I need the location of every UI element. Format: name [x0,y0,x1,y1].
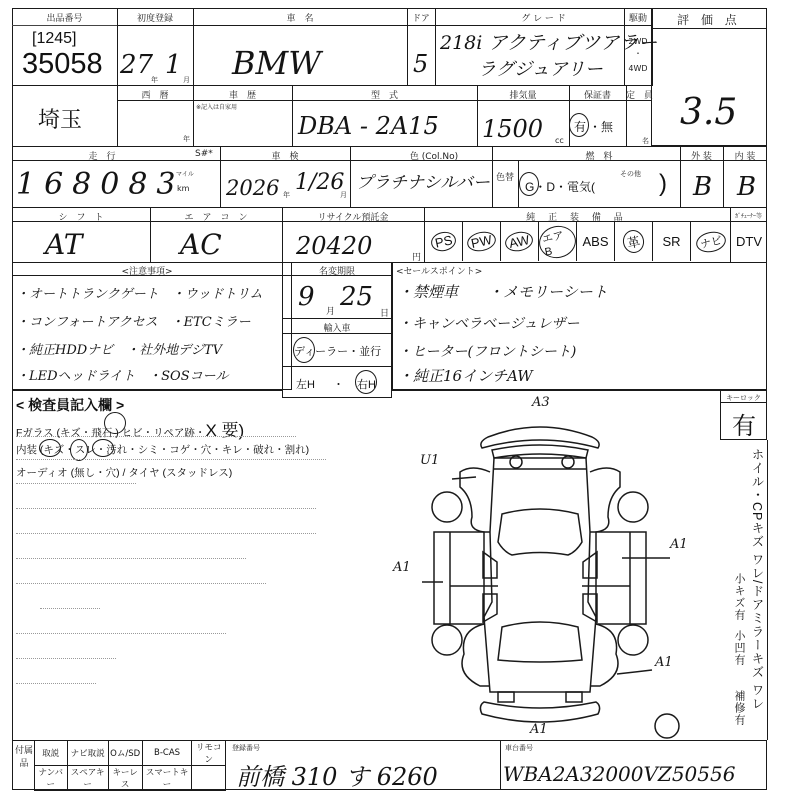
interior-dirt-circle [92,439,114,457]
ac-label: エ ア コ ン [150,210,282,223]
name-change-label: 名変期限 [282,264,392,277]
ac-value: AC [180,228,222,261]
equipment-sunroof: SR [652,222,690,261]
color-change-label: 色替 [496,170,514,186]
handle-right-circle [355,370,377,394]
car-name-label: 車 名 [193,11,407,24]
wheel-mirror-legend: ホイル・CPキズ ワレ/ドアミラーキズ ワレ [748,448,766,710]
legend-small-dent: 小凹有 [731,630,747,666]
inspection-date: 1/26 [295,170,344,195]
registration-number: 前橋 310 す 6260 [236,757,438,792]
acc-navi-manual: ナビ取説 [67,741,108,766]
notes-line-3: ・純正HDDナビ ・社外地デジTV [16,339,222,358]
model-code: DBA - 2A15 [298,112,439,140]
model-label: 型 式 [292,88,477,101]
acc-manual: 取説 [35,741,68,766]
tuner-label: ｶﾞﾁｭｰﾅｰ等 [730,211,767,220]
equipment-ps: PS [424,222,462,261]
accessories-table: 取説 ナビ取説 Oム/SD B-CAS リモコン ナンバー スペアキー キーレス… [34,740,226,791]
warranty-label: 保証書 [569,88,626,101]
first-registration-year: 27 [120,50,153,80]
acc-keyless: キーレス [108,766,142,791]
notes-line-4: ・LEDヘッドライト ・SOSコール [16,365,228,384]
mark-left-side: A1 [393,560,411,575]
registration-label: 登録番号 [232,743,260,753]
displacement: 1500 [482,115,543,143]
equipment-pw: PW [462,222,500,261]
sales-point-3: ・ヒーター(フロントシート) [398,341,576,361]
recycle-amount: 20420 [296,232,372,260]
interior-scratch-circle [39,439,61,457]
import-label: 輸入車 [282,321,392,334]
fuel-g-circle [519,172,539,196]
fuel-label: 燃 料 [518,149,680,162]
drive-2wd: 2WD [624,37,652,46]
acc-bcas: B-CAS [142,741,192,766]
capacity-label: 定 員 [626,88,652,101]
lot-number: 35058 [22,48,103,81]
shift-value: AT [45,228,82,261]
equipment-airbag: エアB [538,222,576,261]
shift-label: シ フ ト [12,210,150,223]
equipment-dtv: DTV [730,222,767,261]
sales-point-4: ・純正16インチAW [398,365,533,386]
acc-smart-key: スマートキー [142,766,192,791]
first-registration-month: 1 [165,50,182,80]
mark-rear: A1 [530,722,548,737]
lot-sub-number: [1245] [32,30,76,48]
keylock-value: 有 [732,406,756,441]
interior-grade: B [737,172,756,202]
drive-4wd: 4WD [624,64,652,73]
inspector-title: < 検査員記入欄 > [16,395,124,415]
equipment-aw: AW [500,222,538,261]
legend-small-scratch: 小キズ有 [731,573,747,621]
sales-point-1: ・禁煙車 ・メモリーシート [398,281,608,302]
mark-left-front: U1 [420,453,439,468]
interior-rub-circle [70,439,88,461]
car-damage-diagram [380,392,700,740]
exterior-label: 外 装 [680,149,723,162]
mileage-value: 168083 [16,167,185,202]
mark-right-side: A1 [670,537,688,552]
score-label: 評 価 点 [651,11,767,28]
notes-title: <注意事項> [12,264,282,277]
first-registration-label: 初度登録 [117,11,193,24]
sales-point-2: ・キャンベラベージュレザー [398,313,579,333]
score-value: 3.5 [680,92,737,133]
history-note: ※記入は自家用 [196,102,237,111]
legend-repaired: 補修有 [731,690,747,726]
year-label: 西 暦 [117,88,193,101]
equipment-leather: 革 [614,222,652,261]
lot-number-label: 出品番号 [12,11,117,24]
sdollar-label: S#* [195,149,213,159]
name-change-month: 9 [298,282,315,312]
import-dealer-circle [293,337,315,363]
acc-om-sd: Oム/SD [108,741,142,766]
door-label: ドア [407,11,435,24]
mark-front: A3 [532,395,550,410]
warranty-yes-circle [569,113,589,137]
name-change-day: 25 [340,282,373,312]
glass-chip-circle [104,412,126,434]
color-value: プラチナシルバー [356,168,490,193]
handle-left: 左H [296,376,315,392]
acc-empty [192,766,226,791]
acc-number: ナンバー [35,766,68,791]
grade-label: グ レ ー ド [435,11,652,24]
grade-line2: ラグジュアリー [478,55,603,81]
chassis-number: WBA2A32000VZ50556 [503,762,735,786]
region: 埼玉 [38,103,82,134]
drive-label: 駆動 [624,11,652,24]
accessories-label: 付属品 [14,745,34,771]
notes-line-2: ・コンフォートアクセス ・ETCミラー [16,311,251,330]
chassis-label: 車台番号 [505,743,533,753]
exterior-grade: B [693,172,712,202]
inspection-year: 2026 [226,176,279,200]
equipment-navi: ナビ [690,222,730,261]
notes-line-1: ・オートトランクゲート ・ウッドトリム [16,283,262,302]
mark-right-rear: A1 [655,655,673,670]
mileage-label: 走 行 [12,149,192,162]
doors: 5 [413,50,428,78]
recycle-label: リサイクル預託金 [282,210,424,223]
history-label: 車 歴 [193,88,292,101]
equipment-abs: ABS [576,222,614,261]
acc-spare-key: スペアキー [67,766,108,791]
inspector-audio-line: オーディオ (無し・穴) / タイヤ (スタッドレス) [16,465,232,480]
acc-remote: リモコン [192,741,226,766]
inspector-glass-line: Fガラス (キズ・飛石 ) ヒビ・リペア跡・X 要) [16,416,244,441]
displacement-label: 排気量 [477,88,569,101]
warranty-no: 無 [601,118,613,135]
color-label: 色 (Col.No) [350,149,518,162]
keylock-label: キーロック [720,393,767,403]
sales-points-title: <セールスポイント> [396,264,482,277]
interior-label: 内 装 [723,149,767,162]
inspection-label: 車 検 [220,149,350,162]
car-name: BMW [232,44,321,82]
